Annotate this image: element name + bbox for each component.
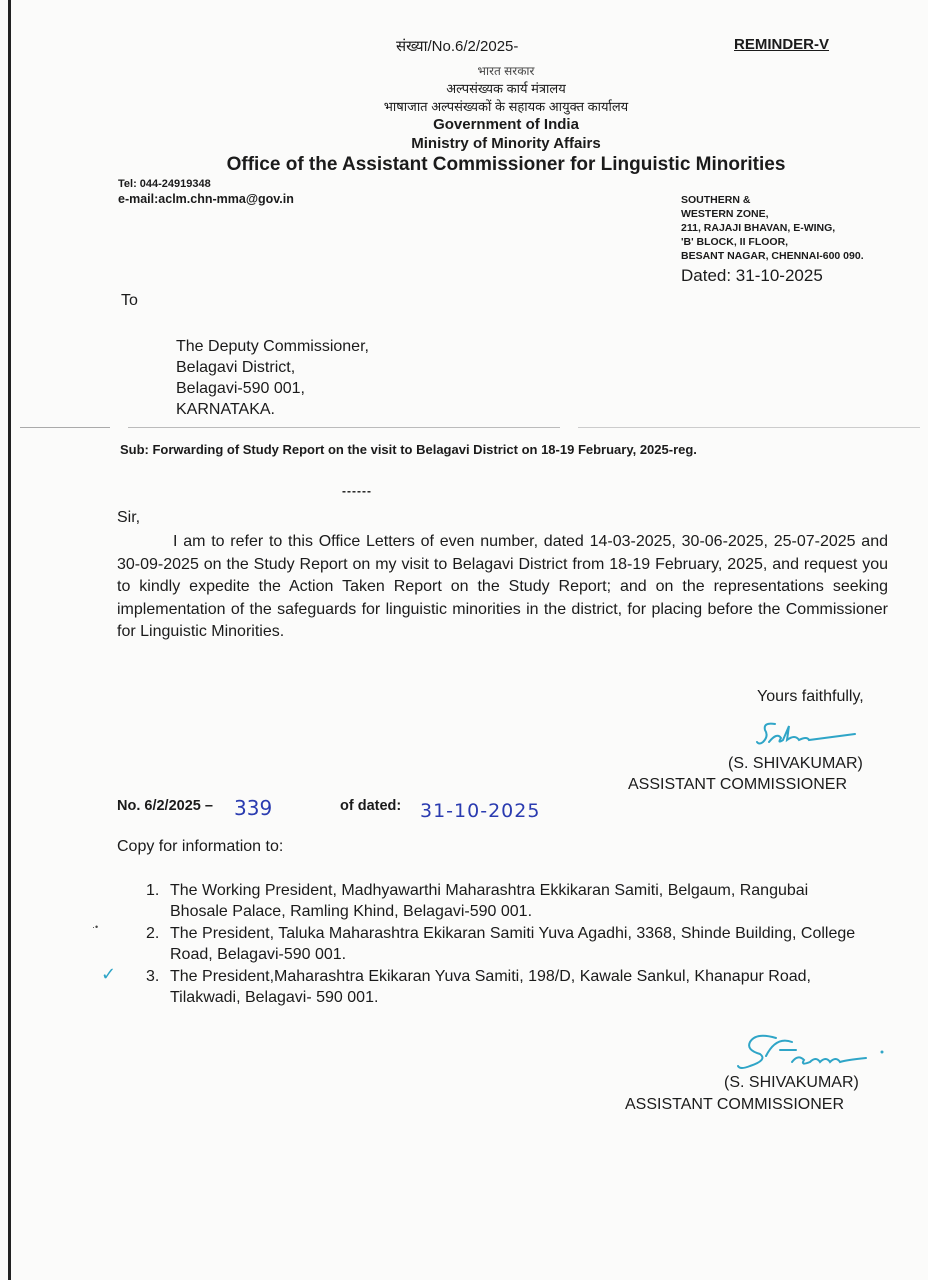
signatory-designation: ASSISTANT COMMISSIONER — [628, 776, 847, 794]
address-line: 211, RAJAJI BHAVAN, E-WING, — [681, 222, 835, 234]
dispatch-date-handwritten: 31-10-2025 — [420, 800, 540, 822]
item-number: 1. — [146, 880, 159, 901]
signatory-name: (S. SHIVAKUMAR) — [728, 755, 863, 773]
copy-to-label: Copy for information to: — [117, 838, 283, 856]
letter-date: Dated: 31-10-2025 — [681, 266, 823, 286]
subject-line: Sub: Forwarding of Study Report on the v… — [120, 442, 697, 457]
item-text: The President, Taluka Maharashtra Ekikar… — [170, 925, 855, 963]
item-number: 3. — [146, 966, 159, 987]
letter-body: I am to refer to this Office Letters of … — [117, 531, 888, 644]
item-text: The Working President, Madhyawarthi Maha… — [170, 882, 808, 920]
paper-edge — [8, 0, 11, 1280]
hindi-ministry: अल्पसंख्यक कार्य मंत्रालय — [0, 79, 928, 97]
hindi-office: भाषाजात अल्पसंख्यकों के सहायक आयुक्त कार… — [0, 97, 928, 115]
address-line: SOUTHERN & — [681, 194, 750, 206]
copy-to-item: ✓ 3. The President,Maharashtra Ekikaran … — [146, 966, 866, 1008]
salutation: Sir, — [117, 509, 140, 527]
address-line: 'B' BLOCK, II FLOOR, — [681, 236, 788, 248]
item-number: 2. — [146, 923, 159, 944]
fold-line — [20, 427, 920, 428]
item-text: The President,Maharashtra Ekikaran Yuva … — [170, 968, 811, 1006]
closing-phrase: Yours faithfully, — [757, 688, 864, 706]
recipient-line: The Deputy Commissioner, — [176, 338, 369, 356]
checkmark-icon: ✓ — [101, 964, 116, 985]
body-paragraph: I am to refer to this Office Letters of … — [117, 533, 888, 640]
recipient-line: Belagavi-590 001, — [176, 380, 305, 398]
signature-icon — [736, 1032, 886, 1074]
copy-to-item: 1. The Working President, Madhyawarthi M… — [146, 880, 866, 922]
dispatch-date-label: of dated: — [340, 798, 401, 814]
address-line: BESANT NAGAR, CHENNAI-600 090. — [681, 250, 864, 262]
telephone: Tel: 044-24919348 — [118, 178, 211, 190]
office-heading: Office of the Assistant Commissioner for… — [0, 154, 928, 176]
signatory-name: (S. SHIVAKUMAR) — [724, 1074, 859, 1092]
government-heading: Government of India — [0, 116, 928, 133]
reference-number: संख्या/No.6/2/2025- — [396, 36, 518, 56]
reminder-label: REMINDER-V — [734, 36, 829, 53]
recipient-line: Belagavi District, — [176, 359, 295, 377]
recipient-line: KARNATAKA. — [176, 401, 275, 419]
signature-icon — [755, 718, 860, 750]
dispatch-number-label: No. 6/2/2025 – — [117, 798, 213, 814]
hindi-government: भारत सरकार — [0, 62, 928, 79]
signatory-designation: ASSISTANT COMMISSIONER — [625, 1096, 844, 1114]
copy-to-list: 1. The Working President, Madhyawarthi M… — [146, 880, 866, 1008]
to-label: To — [121, 292, 138, 310]
email-address: e-mail:aclm.chn-mma@gov.in — [118, 192, 294, 206]
copy-to-item: 2. The President, Taluka Maharashtra Eki… — [146, 923, 866, 965]
ministry-heading: Ministry of Minority Affairs — [0, 135, 928, 152]
separator: ------ — [342, 484, 372, 498]
dispatch-number-handwritten: 339 — [234, 796, 272, 820]
scan-speck: ·• — [92, 922, 98, 932]
address-line: WESTERN ZONE, — [681, 208, 769, 220]
